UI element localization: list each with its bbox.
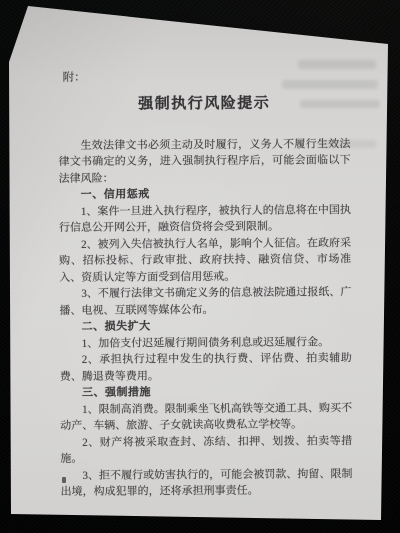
document-body: 生效法律文书必须主动及时履行，义务人不履行生效法律文书确定的义务，进入强制执行程… (58, 136, 352, 501)
list-item: 1、加倍支付迟延履行期间债务利息或迟延履行金。 (60, 334, 352, 352)
paper-sheet: 附： 强制执行风险提示 生效法律文书必须主动及时履行，义务人不履行生效法律文书确… (0, 0, 400, 533)
document-content: 附： 强制执行风险提示 生效法律文书必须主动及时履行，义务人不履行生效法律文书确… (58, 68, 353, 500)
list-item: 2、财产将被采取查封、冻结、扣押、划拨、拍卖等措施。 (60, 433, 352, 468)
intro-paragraph: 生效法律文书必须主动及时履行，义务人不履行生效法律文书确定的义务，进入强制执行程… (58, 136, 350, 187)
list-item: 2、承担执行过程中发生的执行费、评估费、拍卖辅助费、腾退费等费用。 (60, 350, 352, 385)
section-compulsory-measures: 三、强制措施 1、限制高消费。限制乘坐飞机高铁等交通工具、购买不动产、车辆、旅游… (60, 383, 353, 500)
section-heading: 二、损失扩大 (60, 317, 352, 335)
section-loss-expansion: 二、损失扩大 1、加倍支付迟延履行期间债务利息或迟延履行金。 2、承担执行过程中… (60, 317, 352, 385)
attachment-label: 附： (58, 68, 350, 86)
list-item: 1、案件一旦进入执行程序，被执行人的信息将在中国执行信息公开网公开，融资信贷将会… (59, 202, 351, 237)
section-credit-sanctions: 一、信用惩戒 1、案件一旦进入执行程序，被执行人的信息将在中国执行信息公开网公开… (59, 185, 352, 319)
list-item: 3、拒不履行或妨害执行的，可能会被罚款、拘留、限制出境，构成犯罪的，还将承担刑事… (60, 466, 352, 501)
list-item: 1、限制高消费。限制乘坐飞机高铁等交通工具、购买不动产、车辆、旅游、子女就读高收… (60, 400, 352, 435)
list-item: 3、不履行法律文书确定义务的信息被法院通过报纸、广播、电视、互联网等媒体公布。 (59, 284, 351, 319)
section-heading: 三、强制措施 (60, 383, 352, 401)
document-title: 强制执行风险提示 (58, 93, 350, 115)
section-heading: 一、信用惩戒 (59, 185, 351, 203)
list-item: 2、被列入失信被执行人名单，影响个人征信。在政府采购、招标投标、行政审批、政府扶… (59, 235, 351, 286)
page-corner-mark (62, 477, 66, 483)
